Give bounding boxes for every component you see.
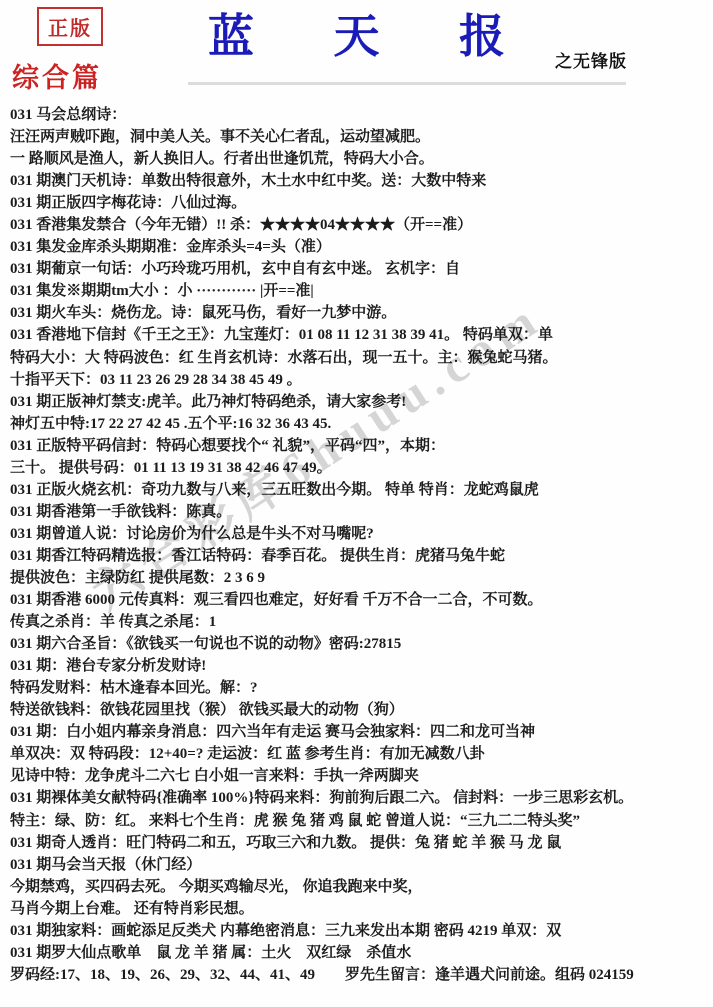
report-line: 十指平天下：03 11 23 26 29 28 34 38 45 49 。 [10, 369, 710, 391]
report-line: 031 正版特平码信封：特码心想要找个“ 礼貌”，平码“四”，本期： [10, 435, 710, 457]
report-line: 031 马会总纲诗： [10, 104, 710, 126]
report-line: 031 香港地下信封《千王之王》：九宝莲灯：01 08 11 12 31 38 … [10, 324, 710, 346]
report-line: 031 期：白小姐内幕亲身消息：四六当年有走运 赛马会独家料：四二和龙可当神 [10, 721, 710, 743]
report-line: 031 期葡京一句话：小巧玲珑巧用机，玄中自有玄中迷。 玄机字：自 [10, 258, 710, 280]
report-line: 031 香港集发禁合（今年无错）!! 杀：★★★★04★★★★（开==准） [10, 214, 710, 236]
report-line: 031 期正版神灯禁支:虎羊。此乃神灯特码绝杀，请大家参考! [10, 391, 710, 413]
report-line: 031 期六合圣旨：《欲钱买一句说也不说的动物》密码:27815 [10, 633, 710, 655]
report-line: 031 期香港第一手欲钱料：陈真。 [10, 501, 710, 523]
report-line: 031 期裸体美女献特码{准确率 100%}特码来料：狗前狗后跟二六。 信封料：… [10, 787, 710, 809]
report-line: 特码大小：大 特码波色：红 生肖玄机诗：水落石出，现一五十。主：猴兔蛇马猪。 [10, 347, 710, 369]
report-body: 031 马会总纲诗： 汪汪两声贼吓跑，洞中美人关。事不关心仁者乱，运动望减肥。 … [10, 104, 710, 986]
report-line: 今期禁鸡，买四码去死。 今期买鸡输尽光， 你追我跑来中奖， [10, 876, 710, 898]
report-line: 三十。 提供号码：01 11 13 19 31 38 42 46 47 49。 [10, 457, 710, 479]
report-line: 031 期曾道人说：讨论房价为什么总是牛头不对马嘴呢? [10, 523, 710, 545]
newspaper-page: 六合彩库6huuu.com 正版 蓝 天 报 之无锋版 综合篇 031 马会总纲… [0, 0, 713, 1007]
report-line: 马肖今期上台难。 还有特肖彩民想。 [10, 898, 710, 920]
report-line: 031 期马会当天报（休门经） [10, 854, 710, 876]
report-line: 031 期香港 6000 元传真料：观三看四也难定，好好看 千万不合一二合，不可… [10, 589, 710, 611]
section-title: 综合篇 [12, 56, 102, 95]
report-line: 031 期香江特码精选报：香江话特码：春季百花。 提供生肖：虎猪马兔牛蛇 [10, 545, 710, 567]
report-line: 特码发财料：枯木逢春本回光。解：? [10, 677, 710, 699]
report-line: 传真之杀肖：羊 传真之杀尾：1 [10, 611, 710, 633]
divider-line [188, 82, 626, 85]
report-line: 031 期：港台专家分析发财诗! [10, 655, 710, 677]
report-line: 见诗中特：龙争虎斗二六七 白小姐一言来料：手执一斧两脚夹 [10, 765, 710, 787]
report-line: 031 期正版四字梅花诗：八仙过海。 [10, 192, 710, 214]
report-line: 罗码经:17、18、19、26、29、32、44、41、49 罗先生留言：逢羊遇… [10, 964, 710, 986]
report-line: 031 期罗大仙点歌单 鼠 龙 羊 猪 属：土火 双红绿 杀值水 [10, 942, 710, 964]
report-line: 031 集发※期期tm大小 ：小 ············ |开==准| [10, 280, 710, 302]
report-line: 特送欲钱料：欲钱花园里找（猴） 欲钱买最大的动物（狗） [10, 699, 710, 721]
report-line: 单双决：双 特码段：12+40=? 走运波：红 蓝 参考生肖：有加无减数八卦 [10, 743, 710, 765]
report-line: 031 正版火烧玄机：奇功九数与八来，三五旺数出今期。 特单 特肖：龙蛇鸡鼠虎 [10, 479, 710, 501]
report-line: 提供波色：主绿防红 提供尾数：2 3 6 9 [10, 567, 710, 589]
report-line: 031 期奇人透肖：旺门特码二和五，巧取三六和九数。 提供：兔 猪 蛇 羊 猴 … [10, 832, 710, 854]
report-line: 特主：绿、防：红。 来料七个生肖：虎 猴 兔 猪 鸡 鼠 蛇 曾道人说：“三九二… [10, 810, 710, 832]
report-line: 031 集发金库杀头期期准：金库杀头=4=头（准） [10, 236, 710, 258]
report-line: 一 路顺风是渔人，新人换旧人。行者出世逢饥荒，特码大小合。 [10, 148, 710, 170]
report-line: 031 期独家料：画蛇添足反类犬 内幕绝密消息：三九来发出本期 密码 4219 … [10, 920, 710, 942]
report-line: 汪汪两声贼吓跑，洞中美人关。事不关心仁者乱，运动望减肥。 [10, 126, 710, 148]
report-line: 神灯五中特:17 22 27 42 45 .五个平:16 32 36 43 45… [10, 413, 710, 435]
report-line: 031 期火车头：烧伤龙。诗：鼠死马伤，看好一九梦中游。 [10, 302, 710, 324]
edition-label: 之无锋版 [555, 47, 627, 72]
report-line: 031 期澳门天机诗：单数出特很意外，木土水中红中奖。送：大数中特来 [10, 170, 710, 192]
